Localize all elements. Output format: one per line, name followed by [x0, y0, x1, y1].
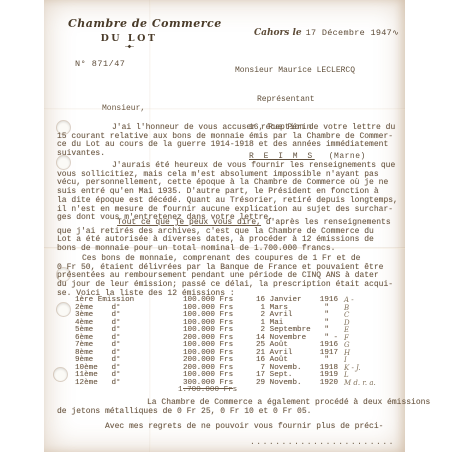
paragraph-5: La Chambre de Commerce a également procé…: [57, 399, 405, 416]
punch-hole: [57, 303, 70, 316]
letter-paper: Chambre de Commerce DU LOT —◆— N° 871/47…: [44, 0, 405, 452]
text-line: d'après les renseignements: [261, 218, 391, 227]
reference-number: N° 871/47: [75, 59, 125, 69]
text-line: de jetons métalliques de 0 Fr 25, 0 Fr 1…: [57, 408, 405, 417]
paraph-icon: ∿: [392, 28, 399, 37]
emission-label: 12ème d°: [75, 379, 121, 387]
recipient-name: Monsieur Maurice LECLERCQ: [235, 66, 366, 76]
text-line: bons de monnaie pour un total nominal de…: [57, 245, 405, 254]
paragraph-4: Ces bons de monnaie, comprenant des coup…: [57, 255, 405, 299]
letter-photo: Chambre de Commerce DU LOT —◆— N° 871/47…: [0, 0, 452, 452]
text-line: suivantes.: [57, 150, 405, 159]
salutation: Monsieur,: [102, 104, 145, 113]
emission-date: 29 Novemb. 1920: [256, 379, 338, 387]
dateline-place: Cahors le: [254, 28, 302, 38]
recipient-title: Représentant: [235, 95, 366, 105]
punch-hole: [54, 368, 67, 381]
paragraph-1: J'ai l'honneur de vous accuser réception…: [57, 124, 405, 159]
dotted-line: .......................: [250, 438, 395, 447]
pencil-annotation: M d. r. a.: [344, 379, 376, 387]
dateline-date: 17 Décembre 1947: [306, 28, 392, 38]
paragraph-3: Tout ce que je peux vous dire, d'après l…: [57, 219, 405, 254]
text-line: Avec mes regrets de ne pouvoir vous four…: [57, 423, 405, 432]
table-total: 1.700.000 Frs: [178, 386, 237, 394]
paragraph-6: Avec mes regrets de ne pouvoir vous four…: [57, 423, 405, 432]
ornament-rule: —◆—: [68, 44, 190, 49]
underlined-phrase: Tout ce que je peux vous dire,: [117, 218, 261, 227]
dateline: Cahors le17 Décembre 1947∿: [254, 22, 399, 40]
org-name: Chambre de Commerce: [68, 17, 190, 30]
paragraph-2: J'aurais été heureux de vous fournir les…: [57, 162, 405, 223]
letterhead: Chambre de Commerce DU LOT —◆—: [68, 17, 190, 49]
text-line: ce du Lot au cours de la guerre 1914-191…: [57, 141, 405, 150]
